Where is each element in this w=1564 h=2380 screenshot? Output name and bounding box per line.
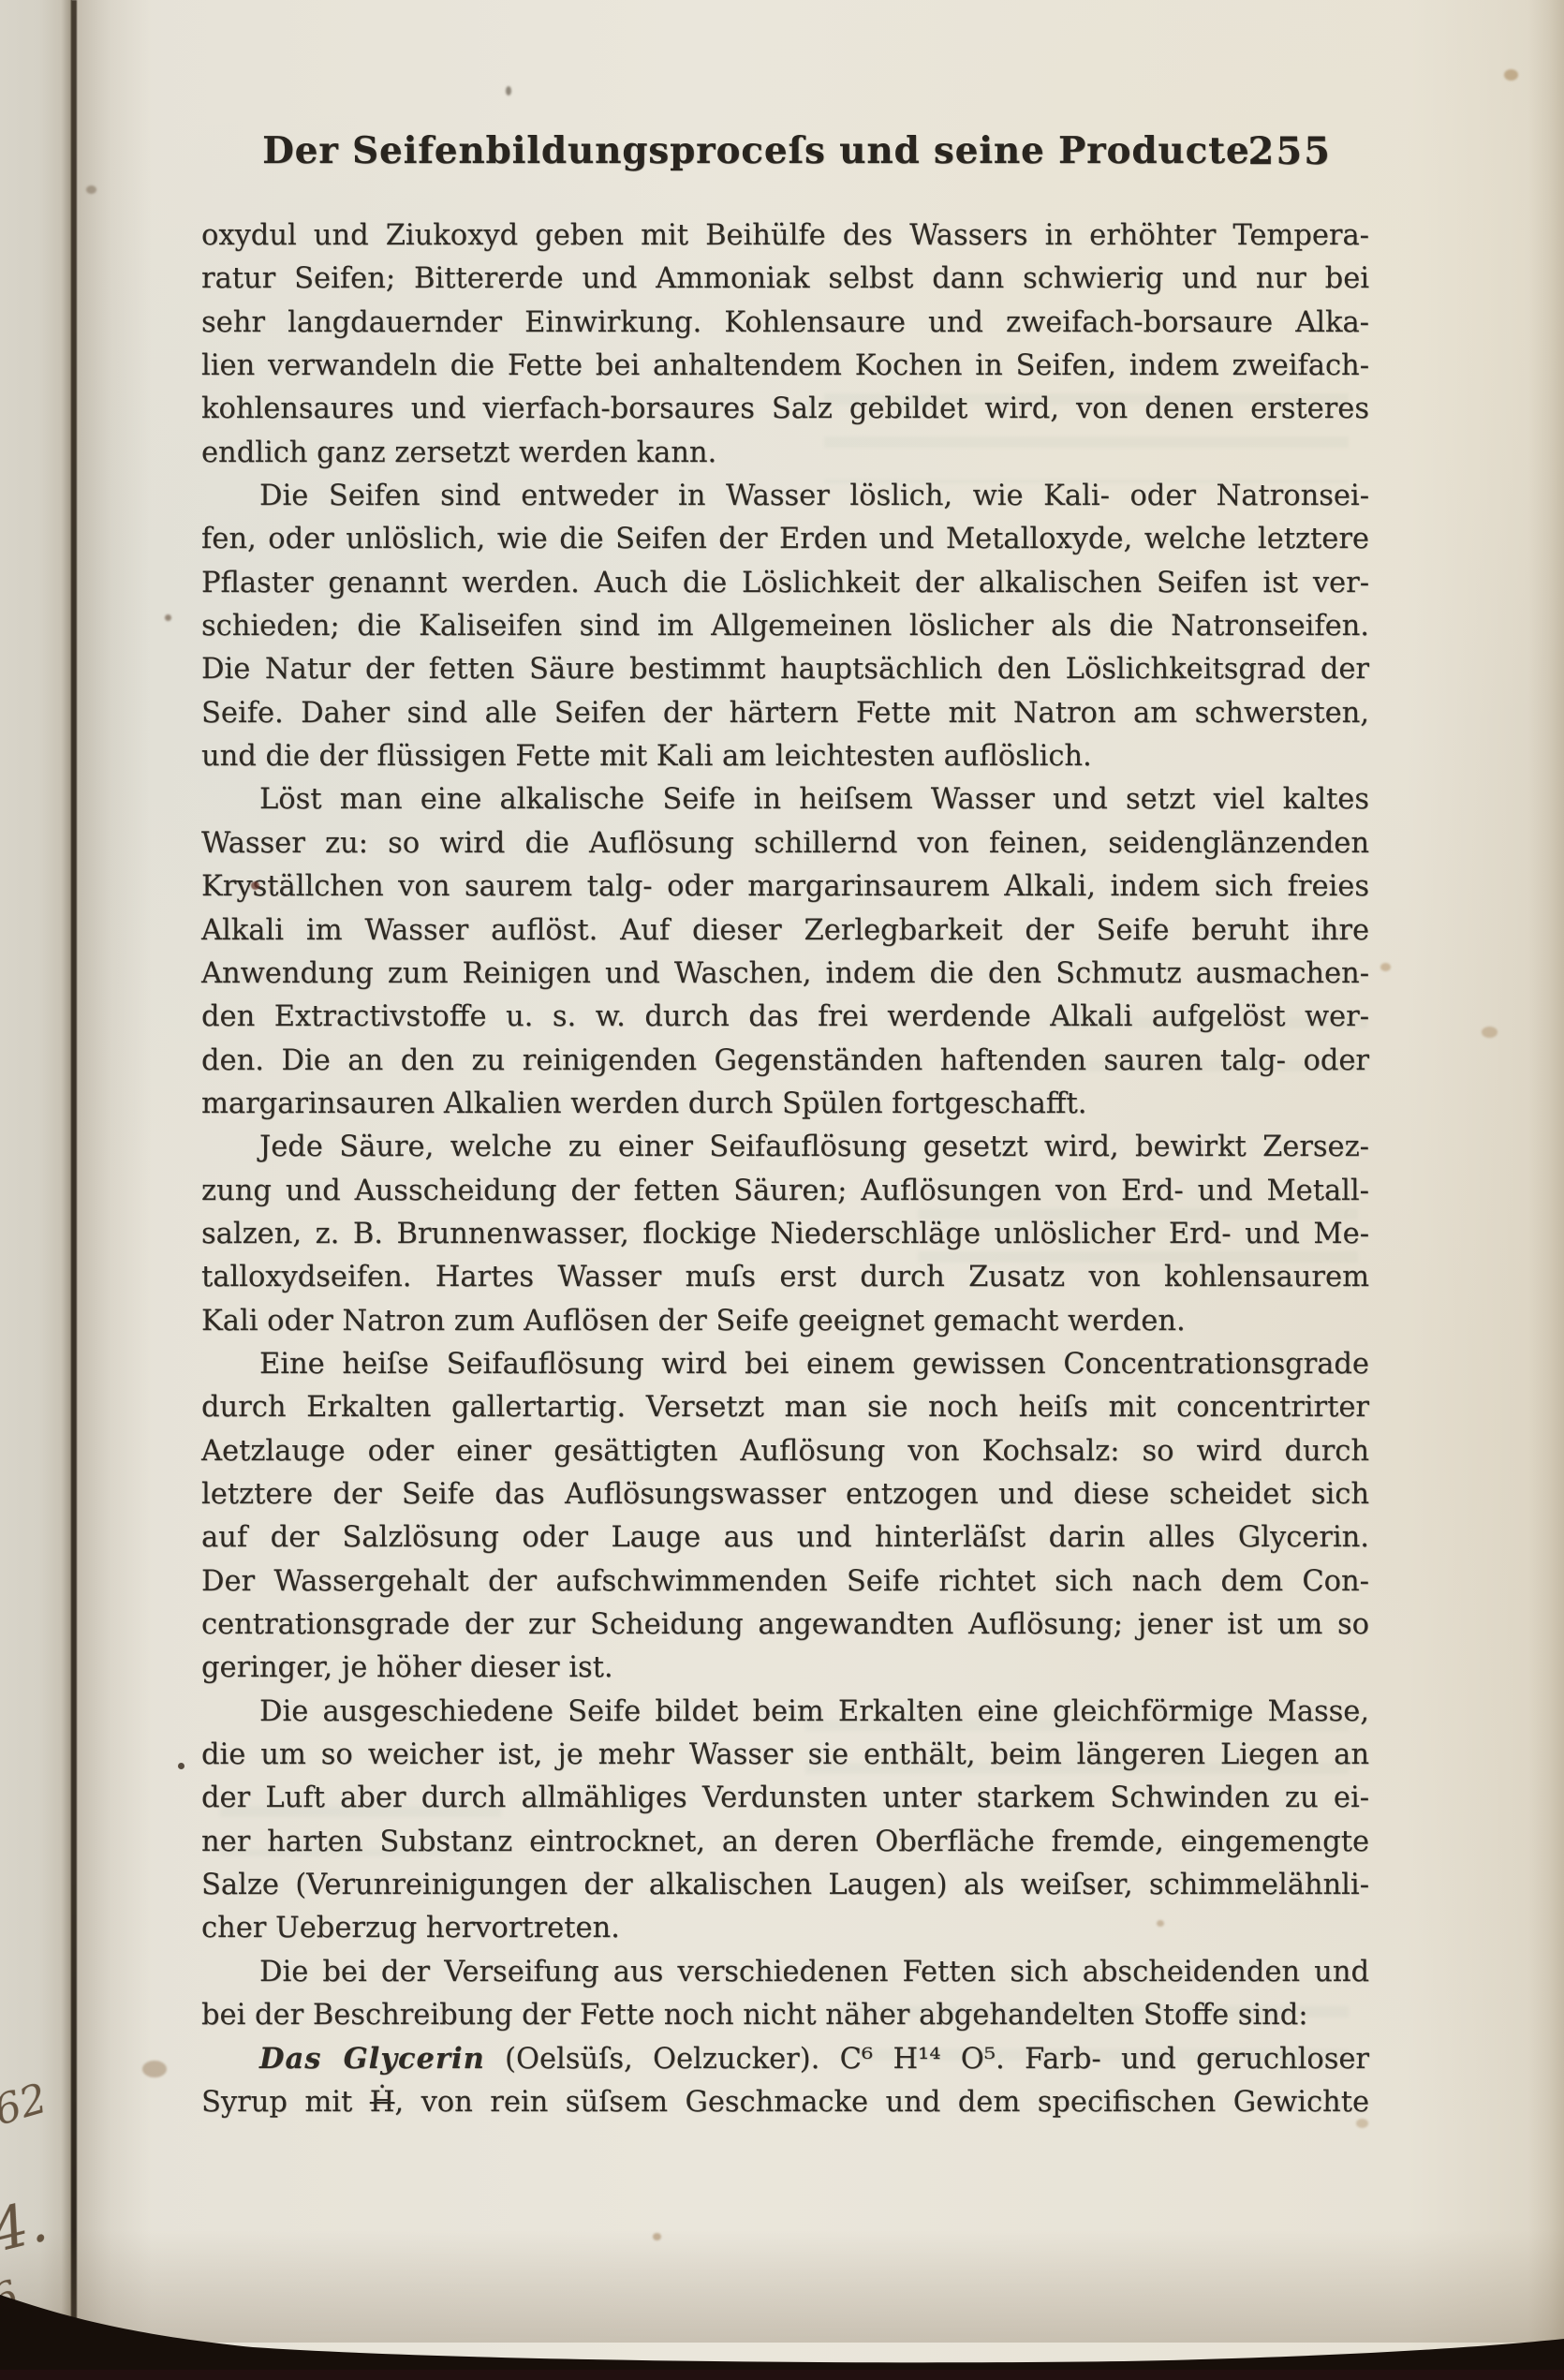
text-line: Die Seifen sind entweder in Wasser lösli… (201, 475, 1369, 518)
text-line: centrationsgrade der zur Scheidung angew… (201, 1604, 1369, 1647)
text-line: Syrup mit Ḣ, von rein süſsem Geschmacke … (201, 2081, 1369, 2124)
page-number: 255 (1248, 129, 1333, 173)
paragraph: Die ausgeschiedene Seife bildet beim Erk… (201, 1691, 1369, 1951)
text-line: lien verwandeln die Fette bei anhaltende… (201, 345, 1369, 388)
foxing-spot (251, 881, 259, 890)
gutter-shadow (77, 0, 152, 2380)
scanner-background (0, 2285, 1564, 2380)
text-line: Aetzlauge oder einer gesättigten Auflösu… (201, 1430, 1369, 1473)
text-line: sehr langdauernder Einwirkung. Kohlensau… (201, 302, 1369, 345)
paragraph: Löst man eine alkalische Seife in heiſse… (201, 778, 1369, 1126)
text-line: Die Natur der fetten Säure bestimmt haup… (201, 648, 1369, 691)
foxing-spot (1380, 963, 1391, 971)
foxing-spot (142, 2061, 167, 2077)
text-line: schieden; die Kaliseifen sind im Allgeme… (201, 605, 1369, 648)
paragraph: oxydul und Ziukoxyd geben mit Beihülfe d… (201, 214, 1369, 475)
text-line: Seife. Daher sind alle Seifen der härter… (201, 692, 1369, 735)
text-line: Kali oder Natron zum Auflösen der Seife … (201, 1300, 1369, 1343)
paragraph: Die bei der Verseifung aus verschiedenen… (201, 1951, 1369, 2038)
text-line: bei der Beschreibung der Fette noch nich… (201, 1994, 1369, 2037)
scanned-book-page: Der Seifenbildungsproceſs und seine Prod… (0, 0, 1564, 2380)
foxing-spot (86, 185, 96, 194)
paragraph: Eine heiſse Seifauflösung wird bei einem… (201, 1343, 1369, 1691)
text-line: geringer, je höher dieser ist. (201, 1647, 1369, 1690)
text-line: ner harten Substanz eintrocknet, an dere… (201, 1821, 1369, 1864)
running-header: Der Seifenbildungsproceſs und seine Prod… (201, 129, 1369, 185)
foxing-spot (1356, 2119, 1368, 2128)
page-gutter-edge (71, 0, 77, 2346)
text-line: Kryställchen von saurem talg- oder marga… (201, 865, 1369, 909)
text-segment: Syrup mit (201, 2086, 370, 2119)
text-line: den Extractivstoffe u. s. w. durch das f… (201, 996, 1369, 1039)
text-line: Die ausgeschiedene Seife bildet beim Erk… (201, 1691, 1369, 1734)
text-line: Löst man eine alkalische Seife in heiſse… (201, 778, 1369, 821)
text-line: der Luft aber durch allmähliges Verdunst… (201, 1777, 1369, 1820)
text-line: endlich ganz zersetzt werden kann. (201, 432, 1369, 475)
paragraph: Die Seifen sind entweder in Wasser lösli… (201, 475, 1369, 778)
text-line: cher Ueberzug hervortreten. (201, 1907, 1369, 1950)
foxing-spot (506, 86, 511, 96)
styled-text-segment: Ḣ (370, 2086, 395, 2119)
marginal-ink-dot (178, 1763, 184, 1769)
text-line: auf der Salzlösung oder Lauge aus und hi… (201, 1516, 1369, 1560)
foxing-spot (1504, 69, 1518, 81)
text-line: zung und Ausscheidung der fetten Säuren;… (201, 1170, 1369, 1213)
text-line: Der Wassergehalt der aufschwimmenden Sei… (201, 1560, 1369, 1604)
text-line: oxydul und Ziukoxyd geben mit Beihülfe d… (201, 214, 1369, 258)
text-line: und die der flüssigen Fette mit Kali am … (201, 735, 1369, 778)
text-line: die um so weicher ist, je mehr Wasser si… (201, 1734, 1369, 1777)
text-line: Anwendung zum Reinigen und Waschen, inde… (201, 953, 1369, 996)
text-line: Alkali im Wasser auflöst. Auf dieser Zer… (201, 909, 1369, 953)
text-line: kohlensaures und vierfach-borsaures Salz… (201, 388, 1369, 431)
text-line: Jede Säure, welche zu einer Seifauflösun… (201, 1126, 1369, 1169)
chapter-title: Der Seifenbildungsproceſs und seine Prod… (179, 129, 1347, 172)
foxing-spot (165, 614, 171, 621)
text-line: fen, oder unlöslich, wie die Seifen der … (201, 518, 1369, 561)
text-line: Pflaster genannt werden. Auch die Löslic… (201, 562, 1369, 605)
body-text: oxydul und Ziukoxyd geben mit Beihülfe d… (201, 214, 1369, 2124)
text-line: Salze (Verunreinigungen der alkalischen … (201, 1864, 1369, 1907)
text-line: Wasser zu: so wird die Auflösung schille… (201, 822, 1369, 865)
foxing-spot (1157, 1920, 1164, 1927)
foxing-spot (653, 2233, 661, 2240)
text-line: margarinsauren Alkalien werden durch Spü… (201, 1083, 1369, 1126)
text-line: salzen, z. B. Brunnenwasser, flockige Ni… (201, 1213, 1369, 1256)
paragraph: Jede Säure, welche zu einer Seifauflösun… (201, 1126, 1369, 1343)
text-line: Das Glycerin (Oelsüſs, Oelzucker). C⁶ H¹… (201, 2037, 1369, 2080)
text-line: letztere der Seife das Auflösungswasser … (201, 1473, 1369, 1516)
text-line: Die bei der Verseifung aus verschiedenen… (201, 1951, 1369, 1994)
styled-text-segment: Das Glycerin (259, 2042, 485, 2076)
text-segment: , von rein süſsem Geschmacke und dem spe… (394, 2086, 1369, 2119)
text-line: durch Erkalten gallertartig. Versetzt ma… (201, 1386, 1369, 1429)
foxing-spot (1482, 1027, 1498, 1038)
paragraph: Das Glycerin (Oelsüſs, Oelzucker). C⁶ H¹… (201, 2037, 1369, 2124)
text-segment: (Oelsüſs, Oelzucker). C⁶ H¹⁴ O⁵. Farb- u… (485, 2043, 1369, 2076)
text-line: Eine heiſse Seifauflösung wird bei einem… (201, 1343, 1369, 1386)
right-edge-shading (1528, 0, 1564, 2380)
text-line: ratur Seifen; Bittererde und Ammoniak se… (201, 258, 1369, 301)
text-line: talloxydseifen. Hartes Wasser muſs erst … (201, 1256, 1369, 1299)
text-line: den. Die an den zu reinigenden Gegenstän… (201, 1040, 1369, 1083)
previous-page-edge (0, 0, 72, 2380)
